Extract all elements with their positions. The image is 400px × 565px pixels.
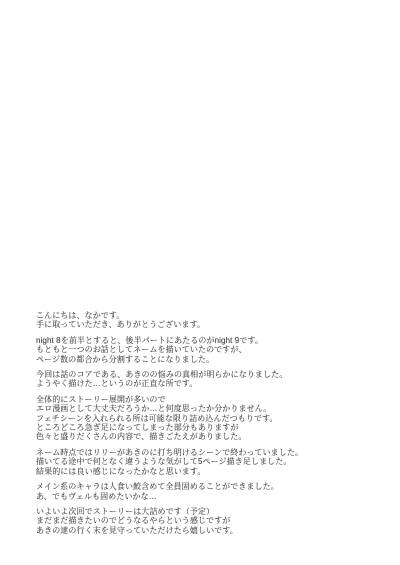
afterword-paragraph: メイン系のキャラは人食い鮫含めて全員固めることができました。あ、でもヴェルも固め… xyxy=(36,482,376,501)
afterword-page: こんにちは、なかです。手に取っていただき、ありがとうございます。night 8を… xyxy=(0,0,400,565)
afterword-line: あ、でもヴェルも固めたいかな… xyxy=(36,492,376,501)
afterword-line: エロ漫画として大丈夫だろうか…と何度思ったか分かりません。 xyxy=(36,404,376,413)
afterword-line: ようやく描けた…というのが正直な所です。 xyxy=(36,379,376,388)
afterword-line: フェチシーンを入れられる所は可能な限り詰め込んだつもりです。 xyxy=(36,414,376,423)
afterword-line: まだまだ描きたいのでどうなるやらという感じですが xyxy=(36,516,376,525)
afterword-paragraph: ネーム時点ではリリーがあきのに打ち明けるシーンで終わっていました。描いてる途中で… xyxy=(36,448,376,476)
afterword-paragraph: こんにちは、なかです。手に取っていただき、ありがとうございます。 xyxy=(36,311,376,330)
afterword-line: こんにちは、なかです。 xyxy=(36,311,376,320)
afterword-line: 手に取っていただき、ありがとうございます。 xyxy=(36,320,376,329)
afterword-text-block: こんにちは、なかです。手に取っていただき、ありがとうございます。night 8を… xyxy=(36,311,376,541)
afterword-line: 結果的には良い感じになったかなと思います。 xyxy=(36,467,376,476)
afterword-paragraph: night 8を前半とすると、後半パートにあたるのがnight 9です。もともと… xyxy=(36,336,376,364)
afterword-line: ネーム時点ではリリーがあきのに打ち明けるシーンで終わっていました。 xyxy=(36,448,376,457)
afterword-line: もともと一つのお話としてネームを描いていたのですが、 xyxy=(36,345,376,354)
afterword-line: メイン系のキャラは人食い鮫含めて全員固めることができました。 xyxy=(36,482,376,491)
afterword-paragraph: 今回は話のコアである、あきのの悩みの真相が明らかになりました。ようやく描けた…と… xyxy=(36,370,376,389)
afterword-line: 全体的にストーリー展開が多いので xyxy=(36,395,376,404)
afterword-line: いよいよ次回でストーリーは大詰めです（予定） xyxy=(36,507,376,516)
afterword-line: night 8を前半とすると、後半パートにあたるのがnight 9です。 xyxy=(36,336,376,345)
afterword-line: ページ数の都合から分割することになりました。 xyxy=(36,355,376,364)
afterword-line: 色々と盛りだくさんの内容で、描きごたえがありました。 xyxy=(36,432,376,441)
afterword-paragraph: いよいよ次回でストーリーは大詰めです（予定）まだまだ描きたいのでどうなるやらとい… xyxy=(36,507,376,535)
afterword-paragraph: 全体的にストーリー展開が多いのでエロ漫画として大丈夫だろうか…と何度思ったか分か… xyxy=(36,395,376,442)
afterword-line: あきの達の行く末を見守っていただけたら嬉しいです。 xyxy=(36,526,376,535)
afterword-line: 描いてる途中で何となく違うような気がして5ページ描き足しました。 xyxy=(36,457,376,466)
